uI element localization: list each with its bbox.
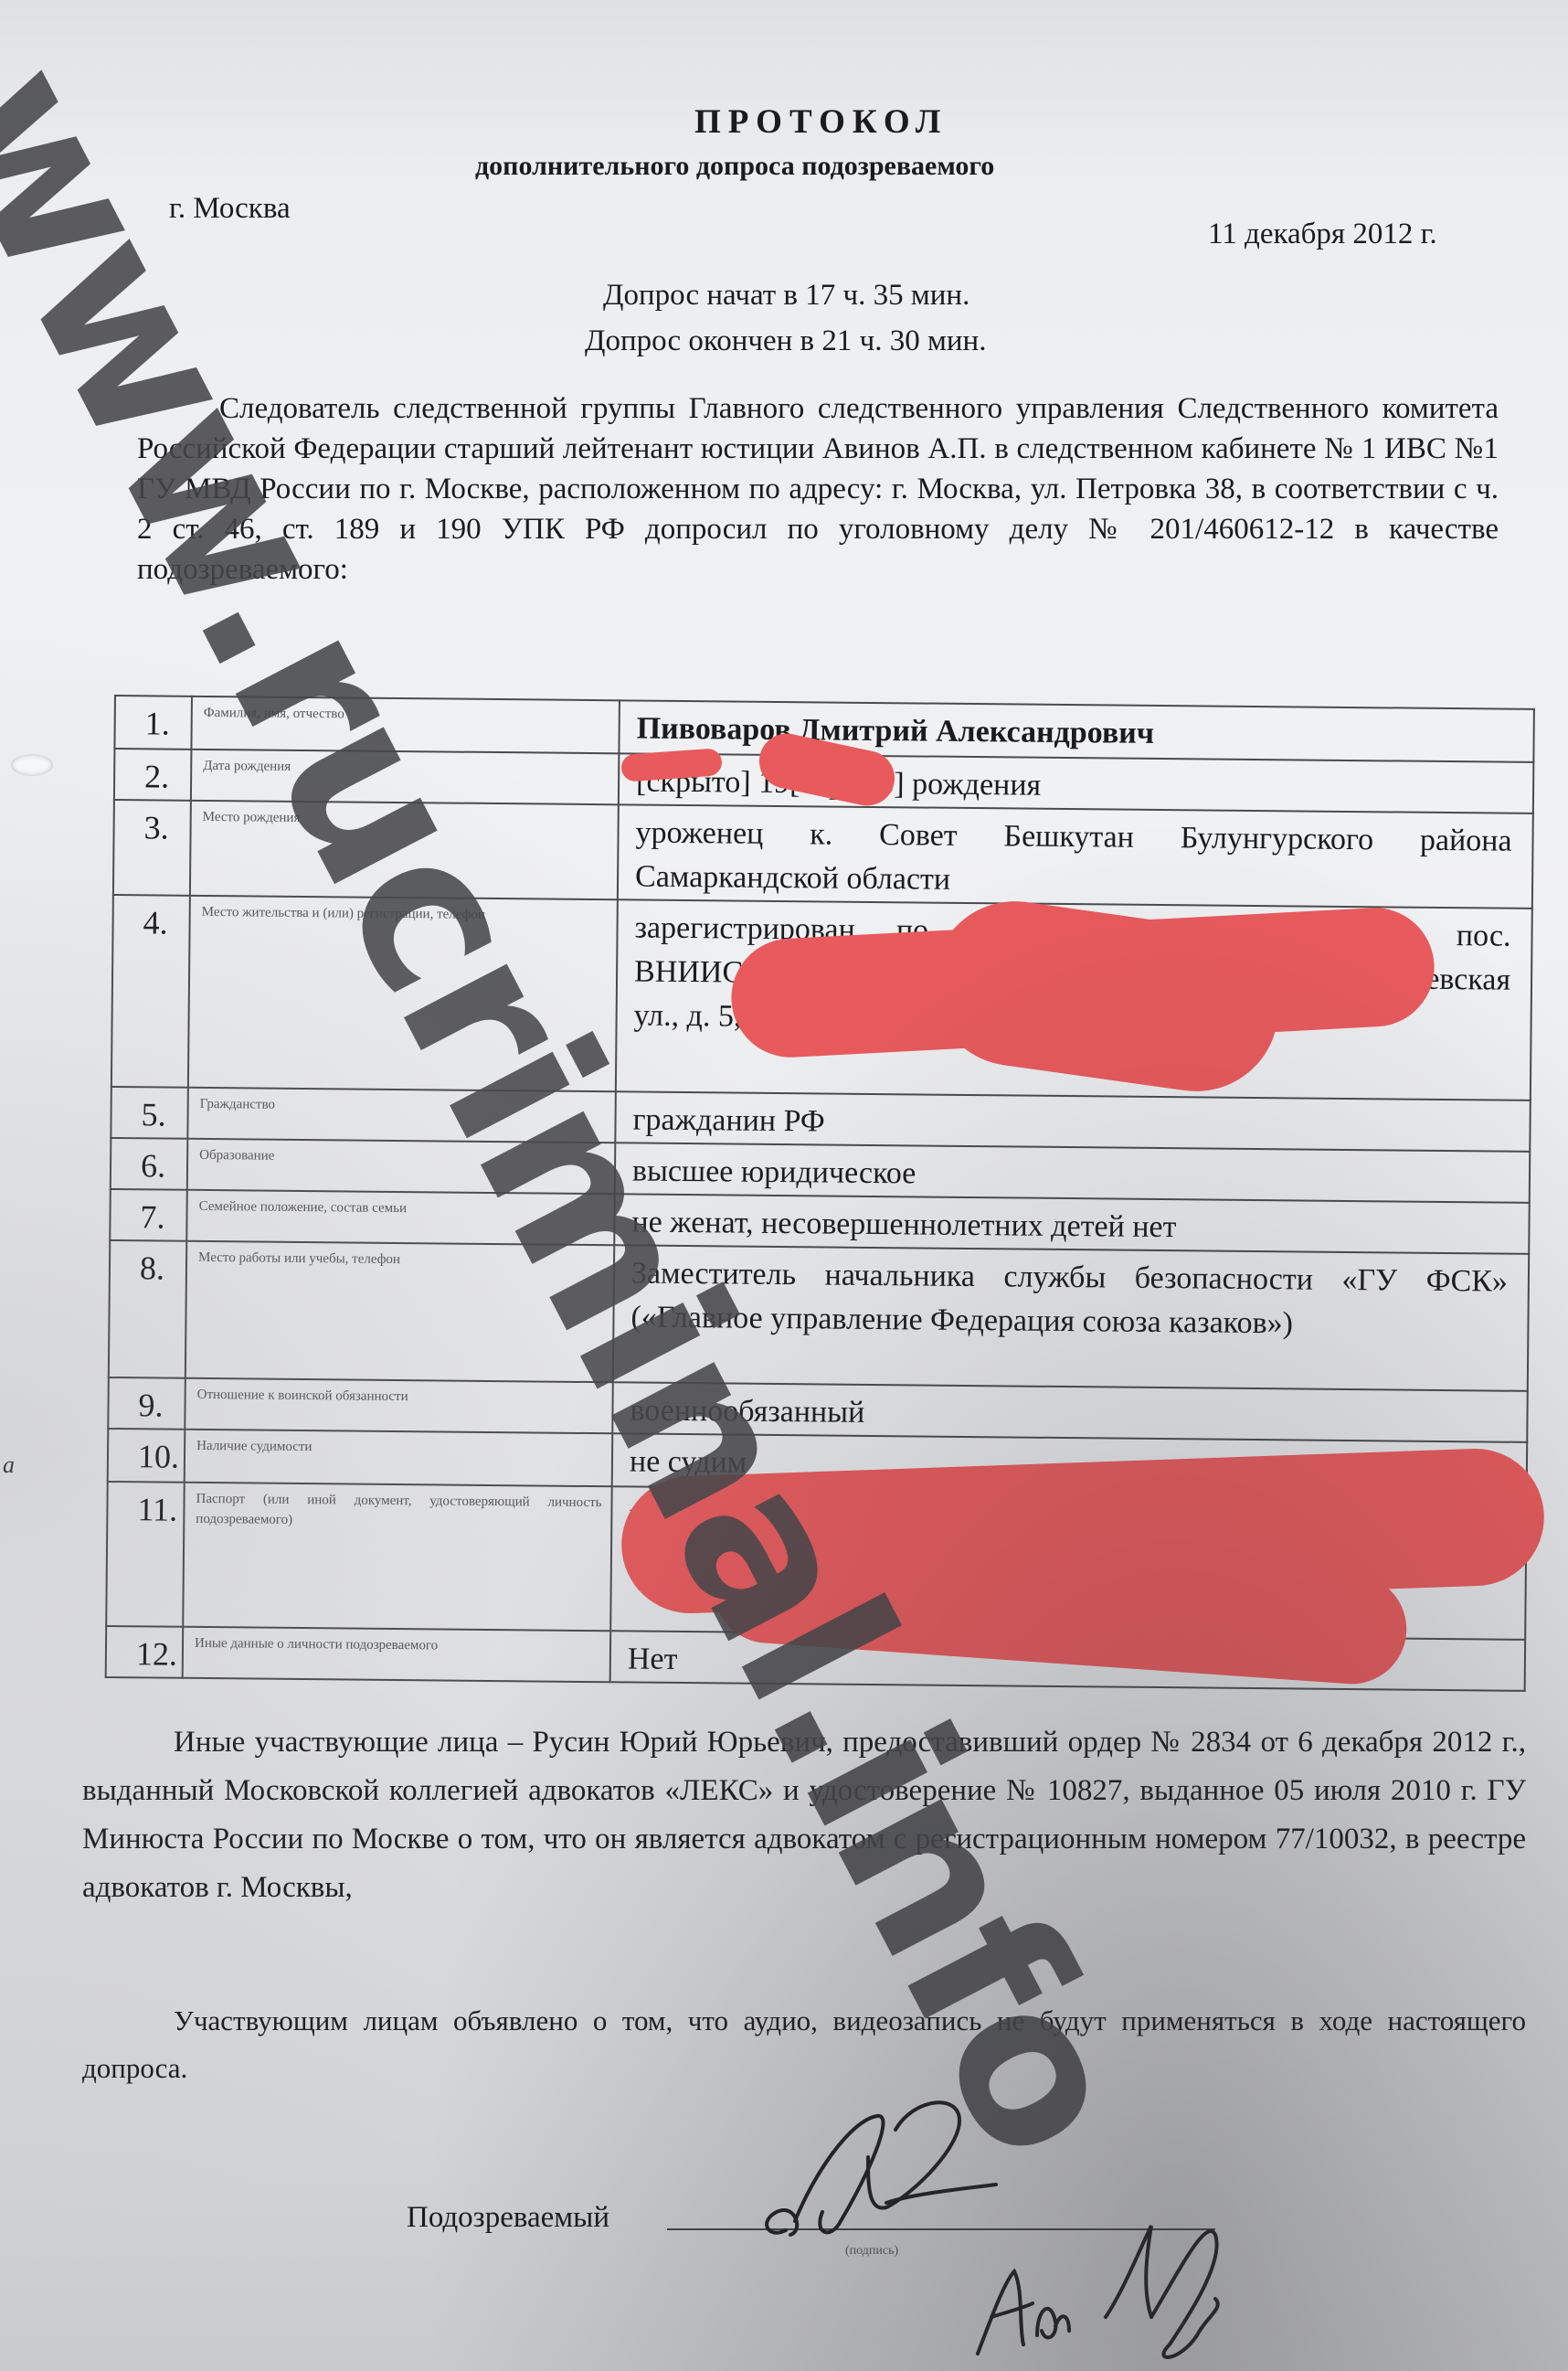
row-label: Иные данные о личности подозреваемого <box>183 1627 611 1682</box>
row-number: 1. <box>114 696 192 750</box>
row-label: Место работы или учебы, телефон <box>185 1241 614 1382</box>
punch-hole <box>11 754 53 776</box>
row-label: Образование <box>187 1139 616 1194</box>
row-value: военнообязанный <box>612 1382 1527 1442</box>
scanned-document-page: а ПРОТОКОЛ дополнительного допроса подоз… <box>0 0 1568 2371</box>
row-label: Место рождения <box>190 801 619 899</box>
intro-text: Следователь следственной группы Главного… <box>137 392 1499 586</box>
row-label: Наличие судимости <box>185 1430 613 1486</box>
participants-paragraph: Иные участвующие лица – Русин Юрий Юрьев… <box>82 1718 1526 1912</box>
row-label: Место жительства и (или) регистрации, те… <box>188 896 618 1091</box>
row-number: 2. <box>114 749 192 801</box>
row-value: не женат, несовершеннолетних детей нет <box>614 1194 1529 1254</box>
row-value: высшее юридическое <box>615 1143 1530 1203</box>
row-number: 10. <box>108 1429 185 1483</box>
table-row: 8. Место работы или учебы, телефон Замес… <box>109 1240 1529 1391</box>
row-label: Дата рождения <box>191 750 620 804</box>
row-number: 6. <box>111 1138 188 1190</box>
row-value: уроженец к. Совет Бешкутан Булунгурского… <box>618 804 1533 909</box>
row-value: [скрыто] 19[скрыто] рождения <box>619 753 1533 813</box>
signature-label: Подозреваемый <box>407 2201 609 2235</box>
row-label: Фамилия, имя, отчество <box>191 696 620 753</box>
document-subtitle: дополнительного допроса подозреваемого <box>475 151 994 182</box>
row-number: 11. <box>106 1482 185 1627</box>
row-value: гражданин РФ <box>615 1091 1530 1152</box>
interrogation-end-time: Допрос окончен в 21 ч. 30 мин. <box>585 324 986 358</box>
row-value: Пивоваров Дмитрий Александрович <box>619 700 1534 762</box>
row-number: 5. <box>111 1087 188 1139</box>
notice-paragraph: Участвующим лицам объявлено о том, что а… <box>82 1997 1526 2092</box>
row-number: 7. <box>110 1189 187 1241</box>
row-number: 9. <box>108 1377 185 1430</box>
document-date: 11 декабря 2012 г. <box>1208 218 1437 251</box>
row-number: 12. <box>106 1626 184 1678</box>
row-value: Заместитель начальника службы безопаснос… <box>613 1245 1529 1391</box>
document-title: ПРОТОКОЛ <box>694 102 948 142</box>
row-number: 4. <box>111 895 190 1088</box>
row-number: 8. <box>109 1240 186 1378</box>
row-label: Семейное положение, состав семьи <box>186 1190 615 1245</box>
document-city: г. Москва <box>169 192 291 226</box>
intro-paragraph: Следователь следственной группы Главного… <box>137 388 1499 590</box>
table-row: 3. Место рождения уроженец к. Совет Бешк… <box>113 800 1533 909</box>
interrogation-start-time: Допрос начат в 17 ч. 35 мин. <box>603 279 969 313</box>
notice-text: Участвующим лицам объявлено о том, что а… <box>82 2004 1526 2084</box>
lawyer-signature-icon <box>969 2207 1261 2367</box>
participants-text: Иные участвующие лица – Русин Юрий Юрьев… <box>82 1726 1526 1904</box>
row-label: Гражданство <box>187 1088 616 1143</box>
row-number: 3. <box>113 800 191 896</box>
row-label: Паспорт (или иной документ, удостоверяющ… <box>183 1483 611 1631</box>
margin-mark: а <box>3 1451 15 1479</box>
row-label: Отношение к воинской обязанности <box>185 1378 613 1433</box>
